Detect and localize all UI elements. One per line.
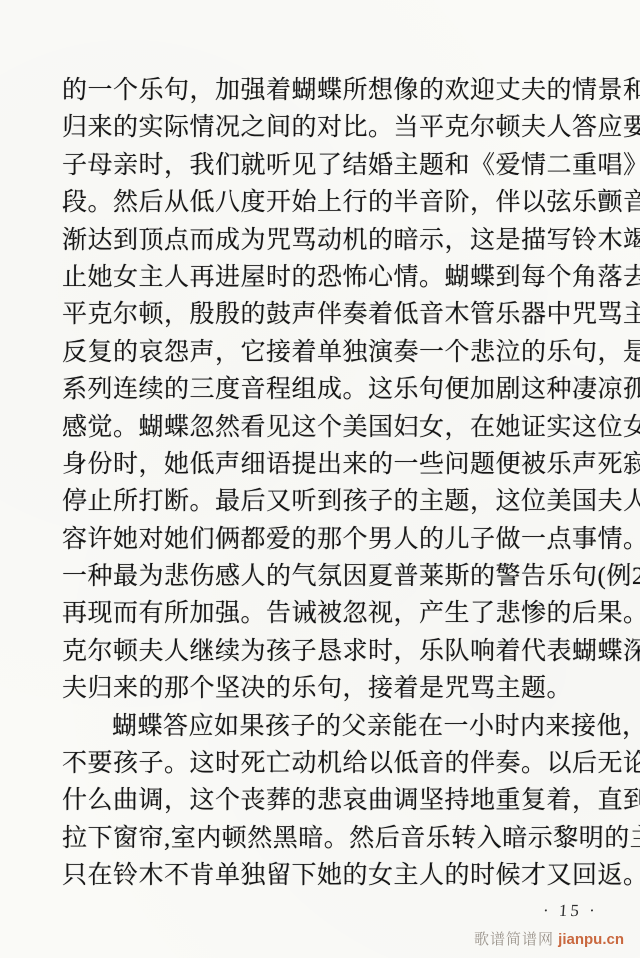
text-line: 一种最为悲伤感人的气氛因夏普莱斯的警告乐句(例2b)的: [62, 558, 612, 595]
watermark-site-url: jianpu.cn: [558, 931, 624, 948]
text-line: 什么曲调，这个丧葬的悲哀曲调坚持地重复着，直到铃木: [62, 782, 612, 819]
text-line: 子母亲时，我们就听见了结婚主题和《爱情二重唱》中的片: [62, 147, 612, 184]
text-line: 再现而有所加强。告诫被忽视，产生了悲惨的后果。当平: [62, 595, 612, 632]
text-line: 拉下窗帘,室内顿然黑暗。然后音乐转入暗示黎明的主题，: [62, 820, 612, 857]
text-line: 感觉。蝴蝶忽然看见这个美国妇女，在她证实这位女士的: [62, 409, 612, 446]
text-line: 反复的哀怨声，它接着单独演奏一个悲泣的乐句，是由一: [62, 334, 612, 371]
text-line: 只在铃木不肯单独留下她的女主人的时候才又回返。当女: [62, 857, 612, 894]
text-line: 克尔顿夫人继续为孩子恳求时，乐队响着代表蝴蝶深信丈: [62, 633, 612, 670]
text-line: 归来的实际情况之间的对比。当平克尔顿夫人答应要做孩: [62, 109, 612, 146]
text-line: 平克尔顿，殷殷的鼓声伴奏着低音木管乐器中咒骂主题的: [62, 296, 612, 333]
text-line: 容许她对她们俩都爱的那个男人的儿子做一点事情。这里: [62, 521, 612, 558]
text-line: 夫归来的那个坚决的乐句，接着是咒骂主题。: [62, 670, 612, 707]
text-block: 的一个乐句，加强着蝴蝶所想像的欢迎丈夫的情景和丈夫归来的实际情况之间的对比。当平…: [62, 72, 612, 895]
scanned-book-page: 的一个乐句，加强着蝴蝶所想像的欢迎丈夫的情景和丈夫归来的实际情况之间的对比。当平…: [0, 0, 640, 958]
text-line: 不要孩子。这时死亡动机给以低音的伴奏。以后无论换成: [62, 745, 612, 782]
text-line: 系列连续的三度音程组成。这乐句便加剧这种凄凉孤寂的: [62, 371, 612, 408]
text-line: 段。然后从低八度开始上行的半音阶，伴以弦乐颤音，逐: [62, 184, 612, 221]
text-line: 渐达到顶点而成为咒骂动机的暗示，这是描写铃木竭力阻: [62, 222, 612, 259]
text-line: 止她女主人再进屋时的恐怖心情。蝴蝶到每个角落去寻找: [62, 259, 612, 296]
watermark: 歌谱简谱网 jianpu.cn: [474, 928, 624, 949]
page-number: · 15 ·: [542, 901, 598, 921]
text-line: 的一个乐句，加强着蝴蝶所想像的欢迎丈夫的情景和丈夫: [62, 72, 612, 109]
watermark-site-name: 歌谱简谱网: [474, 931, 554, 948]
text-line: 停止所打断。最后又听到孩子的主题，这位美国夫人恳请: [62, 483, 612, 520]
text-line: 蝴蝶答应如果孩子的父亲能在一小时内来接他，她就: [62, 708, 612, 745]
text-line: 身份时，她低声细语提出来的一些问题便被乐声死寂般的: [62, 446, 612, 483]
